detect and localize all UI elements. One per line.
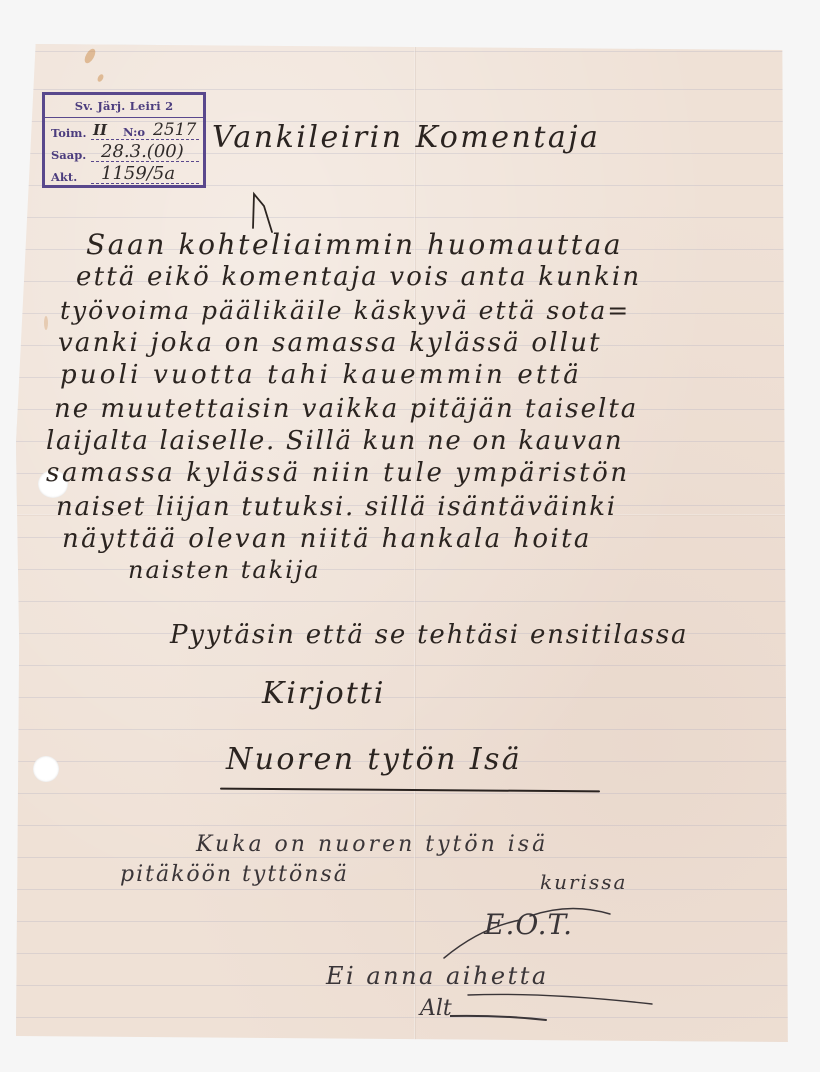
body-line: puoli vuotta tahi kauemmin että — [60, 360, 582, 390]
document-viewer: Sv. Järj. Leiri 2 Toim. II N:o 2517 Saap… — [0, 0, 820, 1072]
pencil-note-line-2: pitäköön tyttönsä — [120, 862, 349, 887]
pencil-note-right: kurissa — [540, 870, 627, 894]
stamp-handwritten-value: II — [93, 121, 107, 139]
signature: Nuoren tytön Isä — [226, 742, 522, 777]
final-initials: Alt — [420, 996, 452, 1021]
stamp-field: 1159/5a — [91, 165, 199, 184]
stamp-row-saap: Saap. 28.3.(00) — [45, 140, 203, 162]
stamp-field: 28.3.(00) — [91, 143, 199, 162]
stamp-label: Toim. — [51, 126, 91, 140]
final-note-underline — [466, 992, 656, 1006]
stamp-row-akt: Akt. 1159/5a — [45, 162, 203, 184]
signed-by-label: Kirjotti — [262, 676, 385, 711]
stamp-title: Sv. Järj. Leiri 2 — [45, 95, 203, 118]
stamp-field: II N:o 2517 — [91, 121, 199, 140]
final-initials-stroke — [450, 1012, 550, 1022]
body-line: vanki joka on samassa kylässä ollut — [58, 328, 602, 358]
body-line: ne muutettaisin vaikka pitäjän taiselta — [54, 394, 638, 424]
initials-stroke — [440, 898, 620, 962]
stamp-nro-label: N:o — [123, 125, 145, 139]
registry-stamp: Sv. Järj. Leiri 2 Toim. II N:o 2517 Saap… — [42, 92, 206, 188]
body-line: naiset liijan tutuksi. sillä isäntäväink… — [56, 492, 617, 522]
body-line: että eikö komentaja vois anta kunkin — [76, 262, 641, 292]
rust-stain — [44, 316, 48, 330]
body-line: näyttää olevan niitä hankala hoita — [62, 524, 592, 554]
body-line: Saan kohteliaimmin huomauttaa — [86, 228, 623, 261]
stamp-handwritten-number: 2517 — [153, 121, 196, 139]
stamp-handwritten-date: 28.3.(00) — [101, 143, 184, 161]
stamp-row-toim: Toim. II N:o 2517 — [45, 118, 203, 140]
body-line: naisten takija — [128, 556, 321, 584]
pencil-note-line-1: Kuka on nuoren tytön isä — [196, 832, 548, 857]
body-line: laijalta laiselle. Sillä kun ne on kauva… — [46, 426, 623, 456]
closing-line: Pyytäsin että se tehtäsi ensitilassa — [170, 620, 688, 650]
body-line: työvoima päälikäile käskyvä että sota= — [60, 296, 630, 325]
stamp-label: Akt. — [51, 170, 91, 184]
final-note: Ei anna aihetta — [326, 962, 549, 990]
body-line: samassa kylässä niin tule ympäristön — [46, 458, 630, 488]
addressee-heading: Vankileirin Komentaja — [212, 120, 600, 155]
stamp-handwritten-ref: 1159/5a — [101, 165, 175, 183]
punch-hole-bottom — [33, 756, 59, 782]
stamp-label: Saap. — [51, 148, 91, 162]
